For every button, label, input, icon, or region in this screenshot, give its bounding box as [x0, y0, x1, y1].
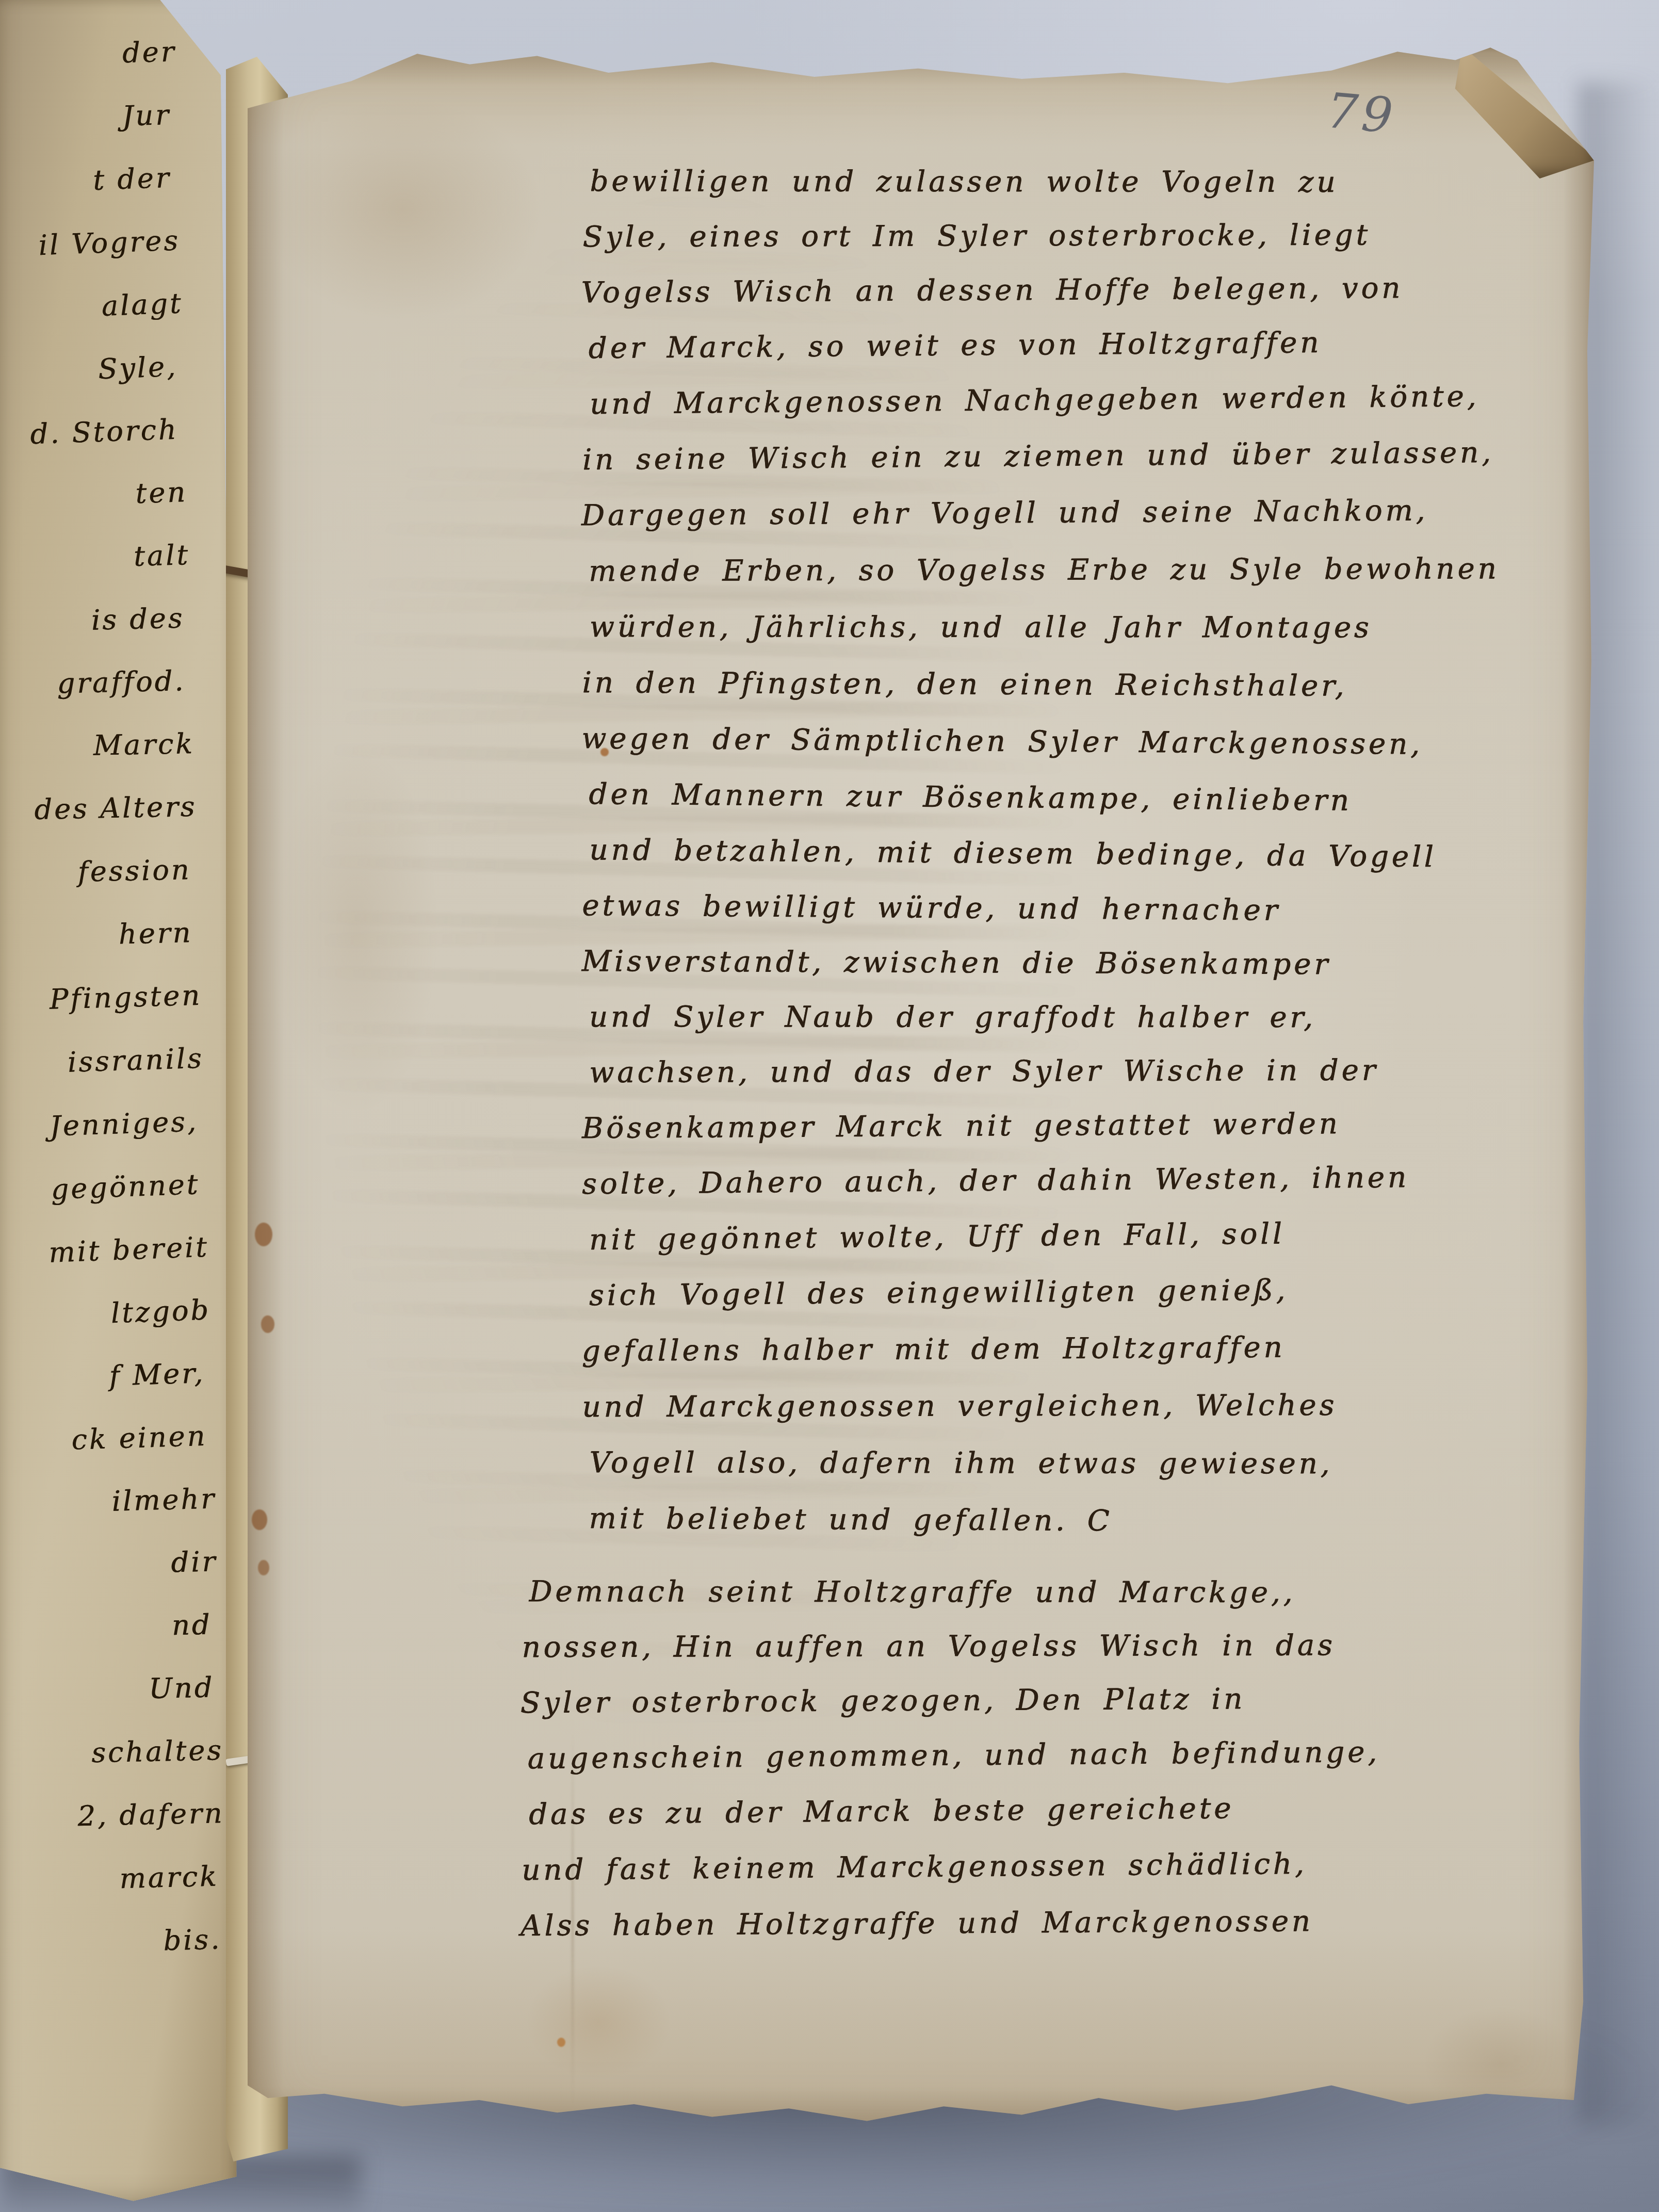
manuscript-line: nossen, Hin auffen an Vogelss Wisch in d…	[522, 1617, 1524, 1676]
manuscript-line: in den Pfingsten, den einen Reichsthaler…	[582, 655, 1523, 715]
verso-text-fragment: graffod.	[0, 649, 186, 716]
verso-text-fragment: schaltes	[37, 1719, 224, 1785]
verso-text-fragment: ltzgob	[24, 1279, 212, 1348]
paragraph-1: bewilligen und zulassen wolte Vogeln zuS…	[585, 154, 1527, 1547]
manuscript-line: Vogell also, dafern ihm etwas gewiesen,	[590, 1435, 1531, 1492]
verso-text-fragment: nd	[25, 1593, 212, 1660]
manuscript-line: und Marckgenossen Nachgegeben werden kön…	[590, 368, 1532, 432]
manuscript-line: augenschein genommen, und nach befindung…	[527, 1723, 1530, 1787]
manuscript-text: bewilligen und zulassen wolte Vogeln zuS…	[585, 154, 1527, 1954]
manuscript-line: mende Erben, so Vogelss Erbe zu Syle bew…	[589, 541, 1530, 599]
manuscript-line: nit gegönnet wolte, Uff den Fall, soll	[589, 1204, 1531, 1268]
verso-text-fragment: talt	[3, 524, 190, 592]
recto-page: 79 bewilligen und zulassen wolte Vogeln …	[248, 41, 1594, 2136]
verso-text-fragment: ilmehr	[29, 1467, 217, 1535]
manuscript-line: Syle, eines ort Im Syler osterbrocke, li…	[582, 207, 1524, 265]
manuscript-line: in seine Wisch ein zu ziemen und über zu…	[582, 425, 1524, 488]
verso-text-fragment: des Alters	[10, 775, 197, 842]
folio-number: 79	[1325, 83, 1400, 144]
right-edge-shadow	[1579, 83, 1656, 2125]
manuscript-line: Bösenkamper Marck nit gestattet werden	[582, 1095, 1524, 1157]
verso-text-fragment: f Mer,	[18, 1342, 206, 1411]
verso-text-fragment: ck einen	[21, 1405, 208, 1473]
manuscript-line: Vogelss Wisch an dessen Hoffe belegen, v…	[581, 260, 1523, 321]
manuscript-line: und Marckgenossen vergleichen, Welches	[582, 1377, 1523, 1435]
verso-text-fragment: il Vogres	[0, 209, 181, 279]
manuscript-line: und fast keinem Marckgenossen schädlich,	[522, 1834, 1524, 1898]
manuscript-line: wachsen, und das der Syler Wische in der	[589, 1043, 1531, 1101]
manuscript-line: sich Vogell des eingewilligten genieß,	[589, 1261, 1531, 1324]
rust-spot	[258, 1560, 269, 1575]
manuscript-photograph: derJurt deril VogresalagtSyle,d. Storcht…	[0, 0, 1659, 2212]
verso-text-fragment: 2, dafern	[38, 1782, 225, 1849]
manuscript-line: Misverstandt, zwischen die Bösenkamper	[581, 934, 1523, 994]
manuscript-line: Syler osterbrock gezogen, Den Platz in	[520, 1670, 1523, 1731]
verso-text-fragment: Jur	[0, 84, 172, 152]
manuscript-line: das es zu der Marck beste gereichete	[529, 1778, 1532, 1843]
verso-text-fragment: gegönnet	[13, 1153, 201, 1223]
rust-spot	[255, 1223, 272, 1246]
verso-text-fragment: fession	[5, 838, 191, 905]
verso-text-fragment: d. Storch	[0, 398, 179, 467]
manuscript-line: Dargegen soll ehr Vogell und seine Nachk…	[581, 482, 1523, 544]
verso-text-fragment: bis.	[35, 1908, 222, 1976]
verso-text-fragment: issranils	[17, 1027, 205, 1096]
manuscript-line: der Marck, so weit es von Holtzgraffen	[588, 314, 1530, 377]
paper-stain	[526, 1965, 671, 2079]
manuscript-line: bewilligen und zulassen wolte Vogeln zu	[590, 154, 1531, 210]
verso-text-fragment: hern	[6, 901, 193, 969]
manuscript-line: etwas bewilligt würde, und hernacher	[582, 878, 1524, 940]
manuscript-line: den Mannern zur Bösenkampe, einliebern	[589, 767, 1531, 831]
verso-text-fragment: ten	[1, 461, 188, 529]
manuscript-line: Alss haben Holtzgraffe und Marckgenossen	[521, 1893, 1523, 1954]
rust-spot	[252, 1509, 267, 1530]
manuscript-line: und betzahlen, mit diesem bedinge, da Vo…	[589, 822, 1531, 886]
rust-spot	[557, 2038, 565, 2047]
manuscript-line: wegen der Sämptlichen Syler Marckgenosse…	[581, 711, 1523, 773]
verso-text-fragment: is des	[0, 587, 185, 654]
paragraph-2: Demnach seint Holtzgraffe und Marckge,,n…	[525, 1564, 1527, 1954]
verso-text-fragment: alagt	[0, 272, 184, 341]
manuscript-line: solte, Dahero auch, der dahin Westen, ih…	[582, 1149, 1524, 1212]
verso-text-fragment: Jenniges,	[11, 1090, 199, 1159]
rust-spot	[261, 1315, 274, 1333]
verso-text-fragment: Pfingsten	[15, 964, 202, 1032]
verso-text-fragment: dir	[31, 1530, 218, 1597]
verso-text-fragment: Marck	[8, 712, 195, 779]
verso-text-fragment: Und	[28, 1656, 215, 1723]
manuscript-line: gefallens halber mit dem Holtzgraffen	[581, 1319, 1523, 1379]
verso-line-endings: derJurt deril VogresalagtSyle,d. Storcht…	[0, 21, 225, 1976]
verso-page-edge: derJurt deril VogresalagtSyle,d. Storcht…	[0, 0, 242, 2212]
manuscript-line: mit beliebet und gefallen. C	[589, 1491, 1531, 1551]
verso-text-fragment: Syle,	[0, 335, 178, 405]
verso-text-fragment: marck	[32, 1845, 219, 1913]
verso-text-fragment: t der	[0, 147, 172, 216]
manuscript-line: und Syler Naub der graffodt halber er,	[589, 989, 1531, 1046]
manuscript-line: würden, Jährlichs, und alle Jahr Montage…	[590, 599, 1531, 656]
verso-text-fragment: der	[0, 20, 177, 88]
manuscript-line: Demnach seint Holtzgraffe und Marckge,,	[529, 1564, 1531, 1621]
verso-text-fragment: mit bereit	[22, 1216, 210, 1286]
